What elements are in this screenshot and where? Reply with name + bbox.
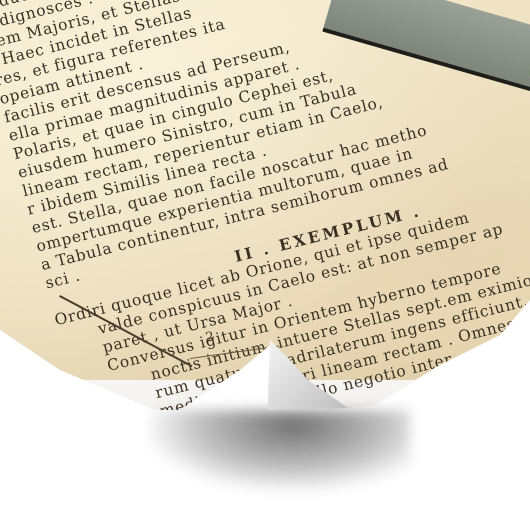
latin-text-block: sur ita te ducet ti dignosces . hem Majo…: [0, 0, 530, 459]
curl-shadow: [150, 410, 410, 490]
poster-photo: sur ita te ducet ti dignosces . hem Majo…: [0, 0, 530, 530]
